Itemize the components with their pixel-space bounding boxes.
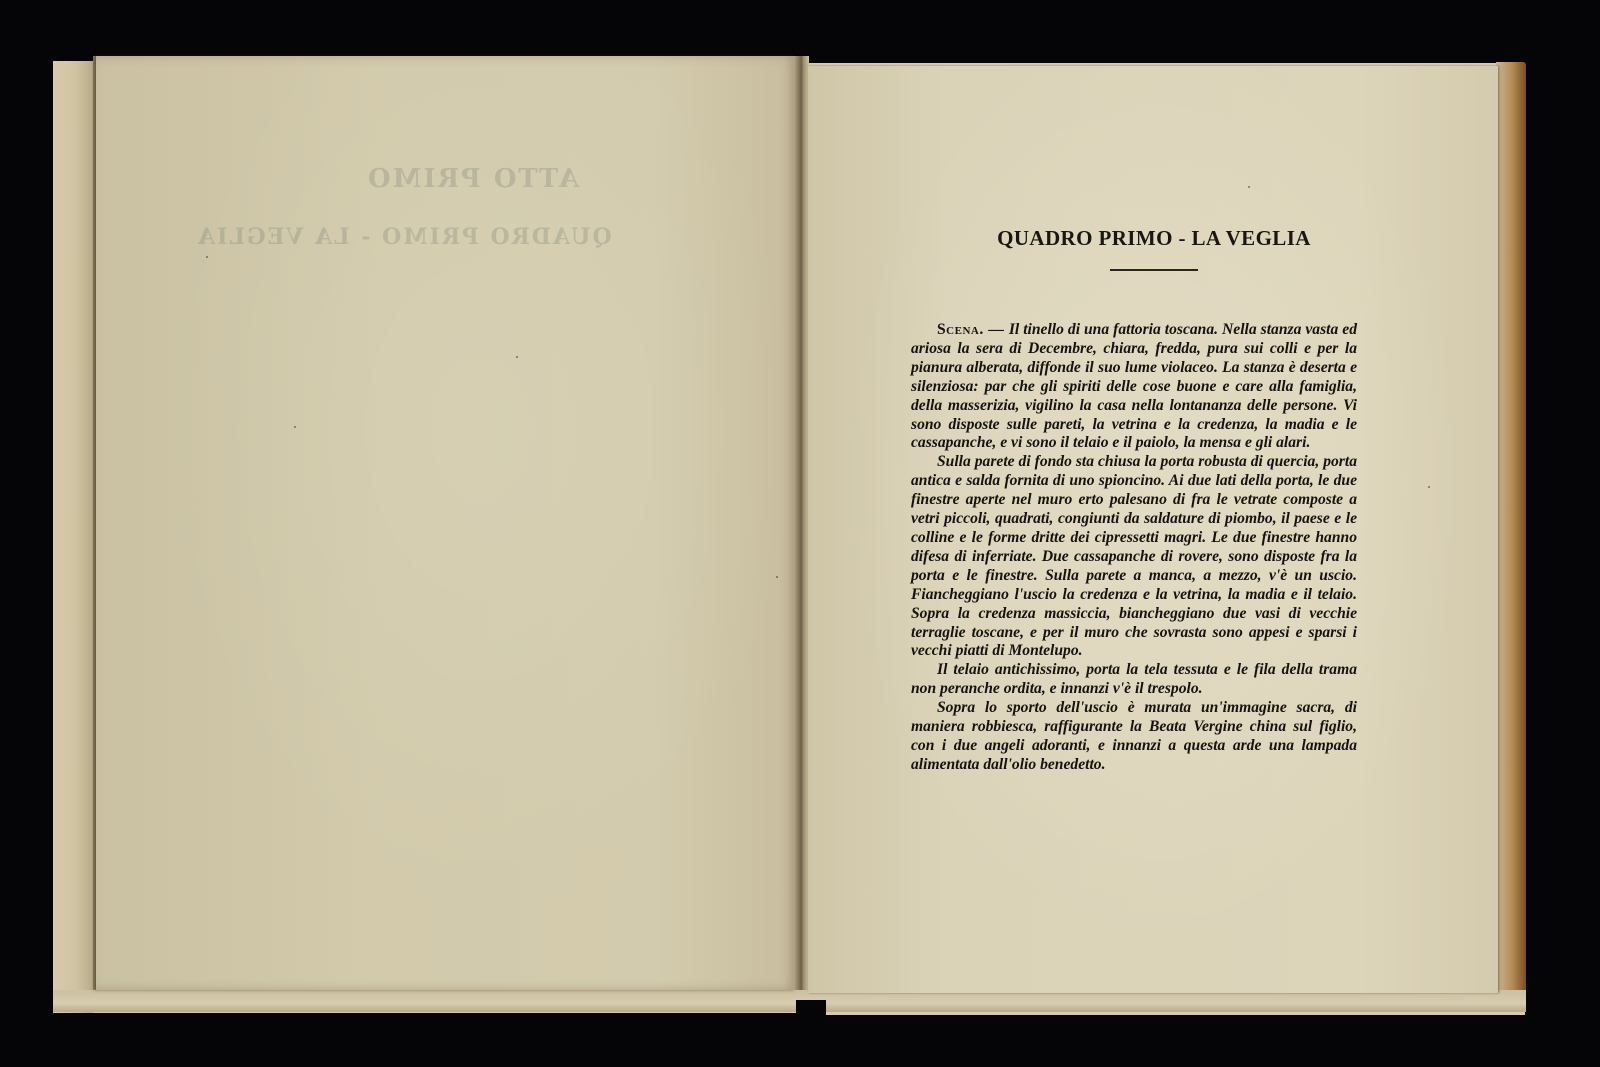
paper-speck	[776, 576, 778, 578]
paragraph-1: Scena. — Il tinello di una fattoria tosc…	[911, 321, 1357, 453]
scene-description: Scena. — Il tinello di una fattoria tosc…	[911, 321, 1357, 775]
book-gutter	[795, 56, 809, 990]
scene-dash: —	[984, 321, 1009, 338]
cover-bottom-edge	[53, 990, 1526, 1012]
paper-speck	[1248, 186, 1250, 188]
cover-bottom-gap	[796, 1000, 826, 1020]
right-page: QUADRO PRIMO - LA VEGLIA Scena. — Il tin…	[808, 66, 1498, 993]
stained-page-edge	[1496, 62, 1526, 1012]
scene-label: Scena.	[937, 321, 984, 338]
chapter-title: QUADRO PRIMO - LA VEGLIA	[911, 226, 1357, 251]
paragraph-3: Il telaio antichissimo, porta la tela te…	[911, 661, 1357, 699]
paragraph-2: Sulla parete di fondo sta chiusa la port…	[911, 453, 1357, 661]
paper-speck	[206, 256, 208, 258]
paper-speck	[516, 356, 518, 358]
paper-speck	[1428, 486, 1430, 488]
left-page: ATTO PRIMO QUADRO PRIMO - LA VEGLIA	[96, 56, 796, 990]
show-through-line-1: ATTO PRIMO	[366, 164, 579, 194]
paper-speck	[294, 426, 296, 428]
photo-scene: ATTO PRIMO QUADRO PRIMO - LA VEGLIA QUAD…	[0, 0, 1600, 1067]
page-content: QUADRO PRIMO - LA VEGLIA Scena. — Il tin…	[911, 226, 1357, 775]
title-rule	[1110, 269, 1198, 271]
paragraph-4: Sopra lo sporto dell'uscio è murata un'i…	[911, 699, 1357, 775]
show-through-line-2: QUADRO PRIMO - LA VEGLIA	[196, 224, 612, 250]
cover-left-edge	[53, 61, 93, 1013]
paragraph-1-text: Il tinello di una fattoria toscana. Nell…	[911, 321, 1357, 451]
